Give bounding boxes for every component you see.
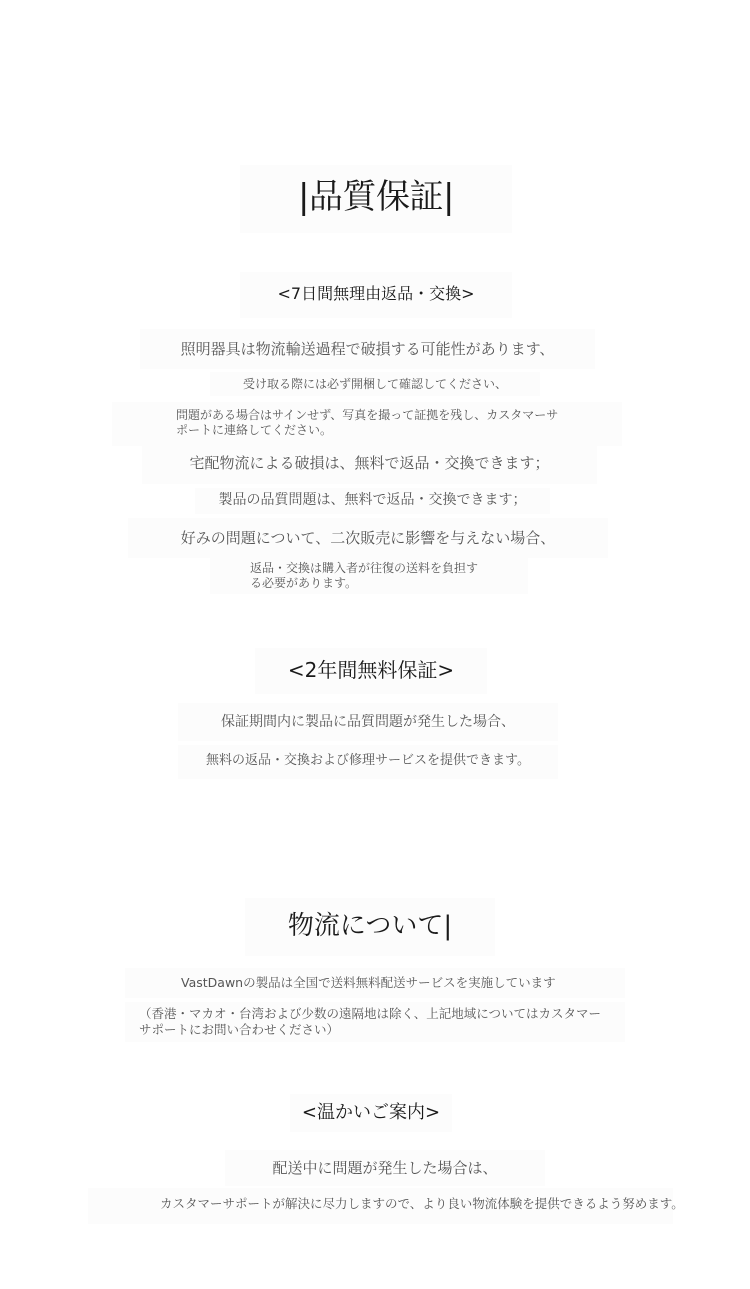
return-policy-line: 照明器具は物流輸送過程で破損する可能性があります、 [140, 329, 595, 369]
return-policy-line: 受け取る際には必ず開梱して確認してください、 [210, 372, 540, 396]
warranty-heading: <2年間無料保証> [255, 648, 487, 694]
logistics-line-text: （香港・マカオ・台湾および少数の遠隔地は除く、上記地域についてはカスタマーサポー… [139, 1006, 609, 1038]
logistics-title: 物流について| [245, 898, 495, 956]
quality-title: |品質保証| [240, 165, 512, 233]
return-policy-line: 返品・交換は購入者が往復の送料を負担する必要があります。 [210, 558, 528, 594]
return-policy-heading: <7日間無理由返品・交換> [240, 272, 512, 318]
return-policy-line-text: 返品・交換は購入者が往復の送料を負担する必要があります。 [250, 561, 482, 591]
notice-heading: <温かいご案内> [290, 1094, 452, 1132]
notice-line: 配送中に問題が発生した場合は、 [225, 1150, 545, 1186]
notice-line: カスタマーサポートが解決に尽力しますので、より良い物流体験を提供できるよう努めま… [88, 1188, 673, 1224]
logistics-line: VastDawnの製品は全国で送料無料配送サービスを実施しています [125, 968, 625, 998]
warranty-line: 無料の返品・交換および修理サービスを提供できます。 [178, 745, 558, 779]
return-policy-line: 問題がある場合はサインせず、写真を撮って証拠を残し、カスタマーサポートに連絡して… [112, 402, 622, 446]
return-policy-line-text: 問題がある場合はサインせず、写真を撮って証拠を残し、カスタマーサポートに連絡して… [176, 408, 561, 438]
return-policy-line: 製品の品質問題は、無料で返品・交換できます； [195, 488, 550, 514]
return-policy-line: 好みの問題について、二次販売に影響を与えない場合、 [128, 518, 608, 558]
warranty-line: 保証期間内に製品に品質問題が発生した場合、 [178, 703, 558, 741]
logistics-line: （香港・マカオ・台湾および少数の遠隔地は除く、上記地域についてはカスタマーサポー… [125, 1002, 625, 1042]
return-policy-line: 宅配物流による破損は、無料で返品・交換できます； [142, 446, 597, 484]
